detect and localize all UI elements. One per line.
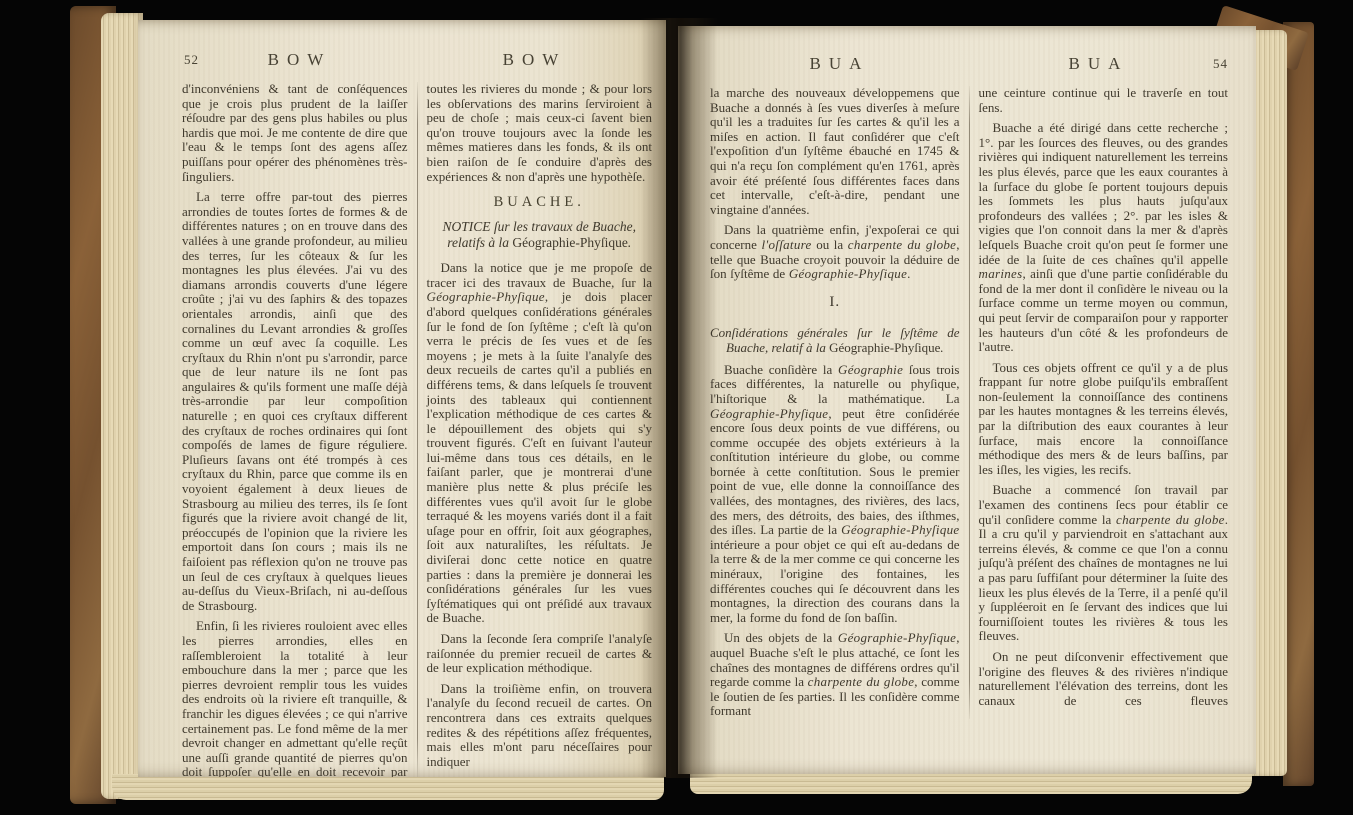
running-head: BUA: [710, 54, 969, 74]
book-cover-right: [1283, 22, 1314, 786]
section-heading: Conſidérations générales ſur le ſyſtême …: [710, 325, 960, 355]
article-heading: BUACHE.: [427, 194, 653, 211]
right-page: 54 BUA BUA la marche des nouveaux dévelo…: [678, 26, 1256, 774]
text-column-1: d'inconvéniens & tant de conſéquences qu…: [182, 82, 408, 777]
column-divider: [969, 86, 970, 719]
page-number: 54: [1213, 56, 1228, 72]
book-scan-scene: 52 BOW BOW d'inconvéniens & tant de conſ…: [0, 0, 1353, 815]
paragraph: Dans la quatrième enfin, j'expoſerai ce …: [710, 223, 960, 281]
paragraph: On ne peut diſconvenir effectivement que…: [979, 650, 1229, 708]
right-page-header: 54 BUA BUA: [710, 54, 1228, 82]
paragraph: Dans la ſeconde ſera compriſe l'analyſe …: [427, 632, 653, 676]
paragraph: la marche des nouveaux développemens que…: [710, 86, 960, 217]
running-head: BUA: [969, 54, 1228, 74]
paragraph: d'inconvéniens & tant de conſéquences qu…: [182, 82, 408, 184]
page-edges-left: [101, 13, 143, 799]
paragraph: toutes les rivieres du monde ; & pour lo…: [427, 82, 653, 184]
paragraph: Un des objets de la Géographie-Phyſique,…: [710, 631, 960, 719]
paragraph: Buache a commencé ſon travail par l'exam…: [979, 483, 1229, 644]
page-edges-bottom-right: [690, 772, 1252, 794]
paragraph: Buache conſidère la Géographie ſous troi…: [710, 363, 960, 626]
paragraph: Dans la notice que je me propoſe de trac…: [427, 261, 653, 626]
paragraph: La terre offre par-tout des pierres arro…: [182, 190, 408, 613]
running-head: BOW: [417, 50, 652, 70]
paragraph: une ceinture continue qui le traverſe en…: [979, 86, 1229, 115]
text-column-4: une ceinture continue qui le traverſe en…: [979, 86, 1229, 719]
paragraph: Buache a été dirigé dans cette recherche…: [979, 121, 1229, 355]
paragraph: Enfin, ſi les rivieres rouloient avec el…: [182, 619, 408, 777]
page-edges-bottom-left: [112, 774, 664, 800]
notice-heading: NOTICE ſur les travaux de Buache, relati…: [427, 219, 653, 251]
page-number: 52: [184, 52, 199, 68]
text-column-2: toutes les rivieres du monde ; & pour lo…: [427, 82, 653, 777]
section-number: I.: [710, 294, 960, 311]
paragraph: Dans la troiſième enfin, on trouvera l'a…: [427, 682, 653, 770]
column-divider: [417, 82, 418, 777]
left-page-header: 52 BOW BOW: [182, 50, 652, 78]
running-head: BOW: [182, 50, 417, 70]
left-page: 52 BOW BOW d'inconvéniens & tant de conſ…: [138, 20, 666, 777]
paragraph: Tous ces objets offrent ce qu'il y a de …: [979, 361, 1229, 478]
text-column-3: la marche des nouveaux développemens que…: [710, 86, 960, 719]
